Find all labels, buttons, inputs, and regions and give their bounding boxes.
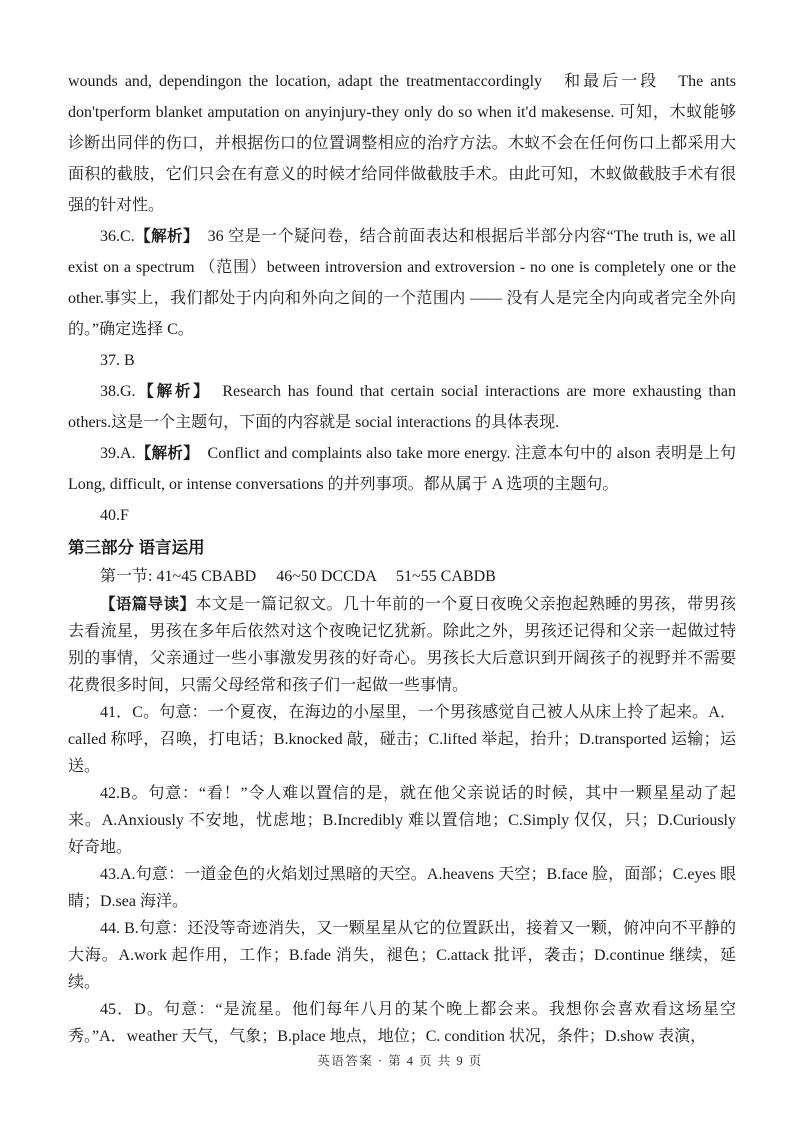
reading-guide: 【语篇导读】本文是一篇记叙文。几十年前的一个夏日夜晚父亲抱起熟睡的男孩，带男孩去… xyxy=(68,591,736,699)
answer-36-number: 36.C. xyxy=(100,228,135,245)
section-heading-part3: 第三部分 语言运用 xyxy=(68,533,736,563)
item-43: 43.A.句意：一道金色的火焰划过黑暗的天空。A.heavens 天空；B.fa… xyxy=(68,861,736,915)
analysis-label-39: 【解析】 xyxy=(136,445,192,462)
item-42: 42.B。句意：“看！”令人难以置信的是，就在他父亲说话的时候，其中一颗星星动了… xyxy=(68,780,736,861)
page-footer: 英语答案 · 第 4 页 共 9 页 xyxy=(0,1051,800,1069)
paragraph-continuation: wounds and, dependingon the location, ad… xyxy=(68,66,736,221)
answer-39-number: 39.A. xyxy=(100,445,136,462)
answer-40: 40.F xyxy=(68,500,736,531)
answer-38: 38.G.【解析】 Research has found that certai… xyxy=(68,376,736,438)
item-41: 41．C。句意：一个夏夜，在海边的小屋里，一个男孩感觉自己被人从床上拎了起来。A… xyxy=(68,699,736,780)
answer-40-number: 40.F xyxy=(100,507,129,524)
exam-answer-page: wounds and, dependingon the location, ad… xyxy=(0,0,800,1131)
answer-39: 39.A.【解析】 Conflict and complaints also t… xyxy=(68,438,736,500)
analysis-label-38: 【解析】 xyxy=(136,383,204,400)
reading-guide-label: 【语篇导读】 xyxy=(100,596,195,613)
answer-37: 37. B xyxy=(68,345,736,376)
item-44: 44. B.句意：还没等奇迹消失，又一颗星星从它的位置跃出，接着又一颗，俯冲向不… xyxy=(68,915,736,996)
answer-36: 36.C.【解析】 36 空是一个疑问卷，结合前面表达和根据后半部分内容“The… xyxy=(68,221,736,345)
answer-38-number: 38.G. xyxy=(100,383,136,400)
section-answers-36-40: wounds and, dependingon the location, ad… xyxy=(68,66,736,531)
analysis-label-36: 【解析】 xyxy=(135,228,192,245)
item-45: 45．D。句意：“是流星。他们每年八月的某个晚上都会来。我想你会喜欢看这场星空秀… xyxy=(68,996,736,1050)
answer-key-line-41-55: 第一节: 41~45 CBABD 46~50 DCCDA 51~55 CABDB xyxy=(68,563,736,591)
answer-37-number: 37. B xyxy=(100,352,135,369)
